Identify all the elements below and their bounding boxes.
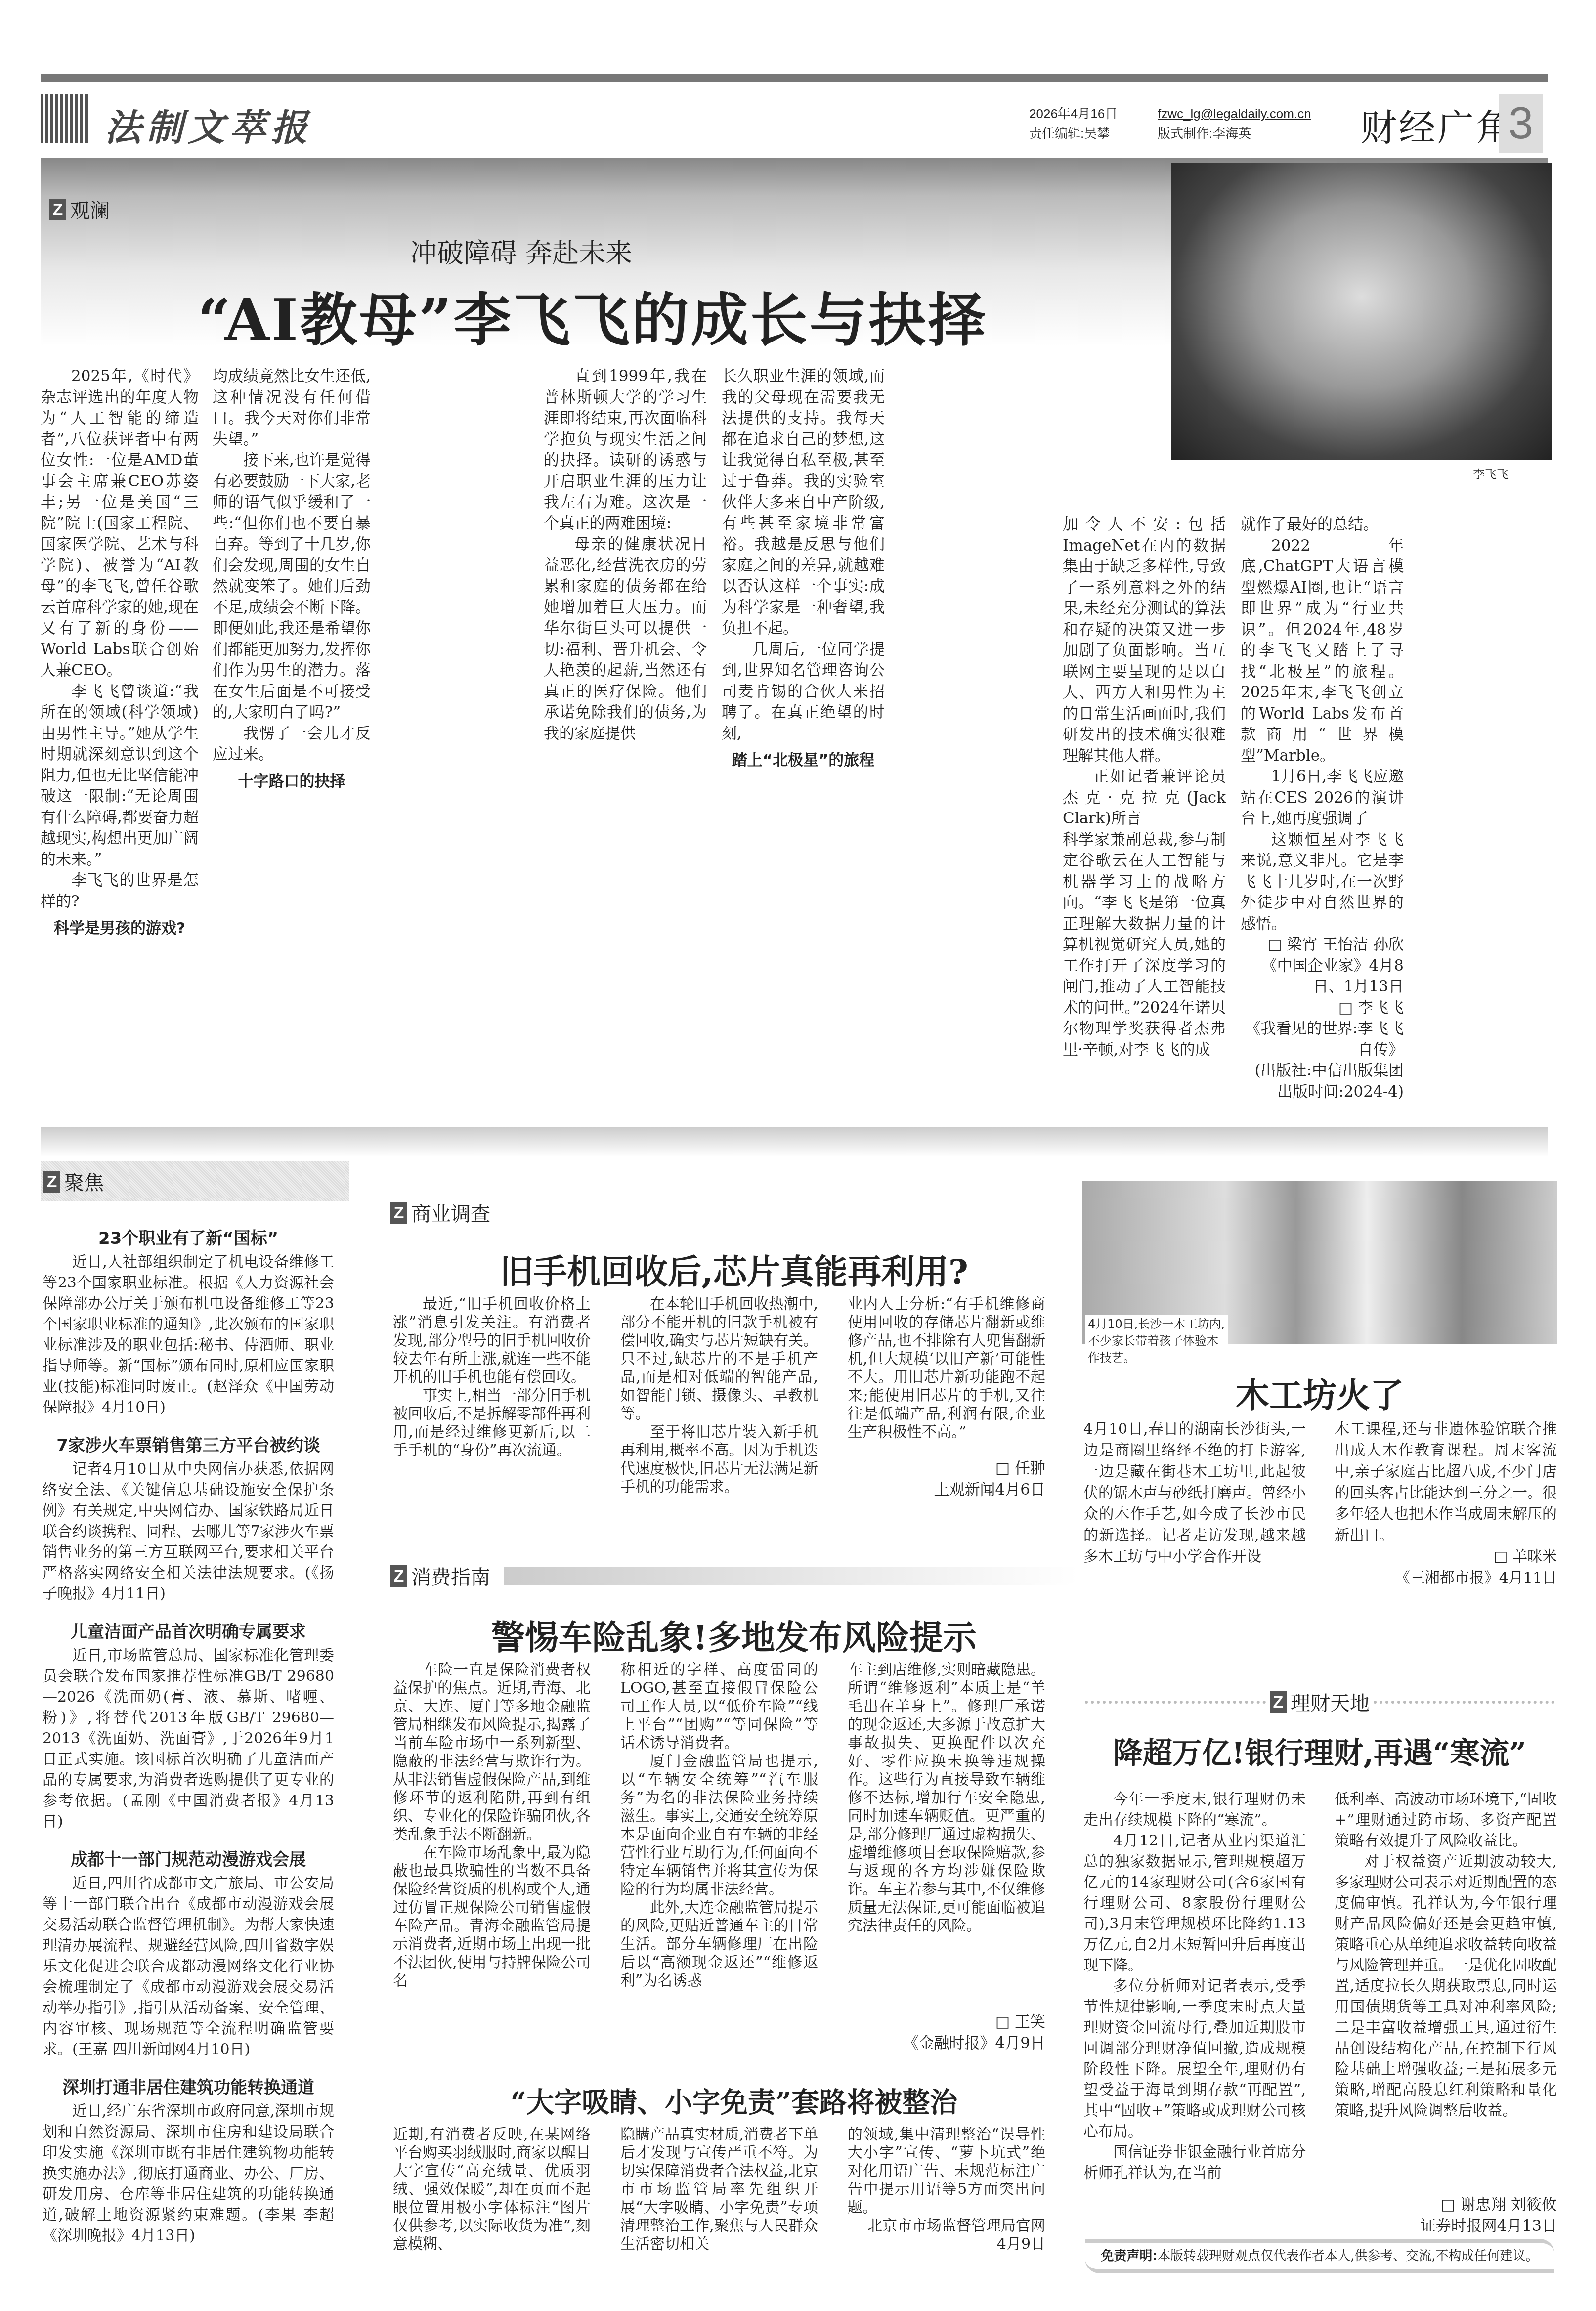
section-label-business: Z 商业调查: [390, 1198, 490, 1227]
feature-col-3: 直到1999年,我在普林斯顿大学的学习生涯即将结束,再次面临科学抱负与现实生活之…: [544, 366, 707, 744]
subhead: 踏上“北极星”的旅程: [722, 750, 885, 771]
business-col-1: 最近,“旧手机回收价格上涨”消息引发关注。有消费者发现,部分型号的旧手机回收价较…: [393, 1295, 591, 1459]
consumer-col-1: 车险一直是保险消费者权益保护的焦点。近期,青海、北京、大连、厦门等多地金融监管局…: [393, 1661, 591, 1990]
brief-body: 近日,四川省成都市文广旅局、市公安局等十一部门联合出台《成都市动漫游戏会展交易活…: [43, 1873, 334, 2060]
z-section-icon: Z: [43, 1171, 60, 1193]
subhead: 十字路口的抉择: [213, 771, 371, 792]
business-col-2: 在本轮旧手机回收热潮中,部分不能开机的旧款手机被有偿回收,确实与芯片短缺有关。只…: [620, 1295, 818, 1496]
woodshop-col-1: 4月10日,春日的湖南长沙街头,一边是商圈里络绎不绝的打卡游客,一边是藏在街巷木…: [1083, 1418, 1306, 1567]
brief-title: 深圳打通非居住建筑功能转换通道: [43, 2074, 334, 2098]
section-title: 财经广角: [1360, 99, 1514, 151]
business-title: 旧手机回收后,芯片真能再利用?: [390, 1245, 1078, 1293]
section-divider: [41, 1127, 1548, 1156]
finance-col-2: 低利率、高波动市场环境下,“固收+”理财通过跨市场、多资产配置策略有效提升了风险…: [1335, 1789, 1557, 2121]
ads-col-3: 的领域,集中清理整治“误导性大小字”宣传、“萝卜坑式”绝对化用语广告、未规范标注…: [848, 2125, 1045, 2253]
ads-title: “大字吸睛、小字免责”套路将被整治: [390, 2081, 1078, 2120]
ads-col-2: 隐瞒产品真实材质,消费者下单后才发现与宣传严重不符。为切实保障消费者合法权益,北…: [620, 2125, 818, 2253]
woodshop-col-2: 木工课程,还与非遗体验馆联合推出成人木作教育课程。周末客流中,亲子家庭占比超八成…: [1335, 1418, 1557, 1588]
top-rule: [41, 74, 1548, 82]
focus-briefs: 23个职业有了新“国标” 近日,人社部组织制定了机电设备维修工等23个国家职业标…: [43, 1211, 334, 2246]
section-label-consumer: Z 消费指南: [390, 1562, 1078, 1590]
feature-col-6: 就作了最好的总结。 2022年底,ChatGPT大语言模型燃爆AI圈,也让“语言…: [1241, 514, 1404, 1102]
consumer-title: 警惕车险乱象!多地发布风险提示: [390, 1611, 1078, 1659]
consumer-credits: □ 王笑 《金融时报》4月9日: [848, 2011, 1045, 2054]
section-label-focus: Z 聚焦: [43, 1167, 104, 1196]
email-link[interactable]: fzwc_lg@legaldaily.com.cn: [1158, 104, 1311, 124]
disclaimer-label: 免责声明:: [1101, 2249, 1158, 2264]
byline: □ 梁宵 王怡洁 孙欣: [1241, 934, 1404, 955]
section-label-guanlan: Z 观澜: [49, 195, 110, 223]
byline: □ 李飞飞: [1241, 997, 1404, 1019]
dotted-rule: [1374, 1701, 1554, 1704]
finance-col-1: 今年一季度末,银行理财仍未走出存续规模下降的“寒流”。4月12日,记者从业内渠道…: [1083, 1789, 1306, 2183]
section-label-finance: Z 理财天地: [1085, 1688, 1554, 1716]
brief-body: 近日,经广东省深圳市政府同意,深圳市规划和自然资源局、深圳市住房和建设局联合印发…: [43, 2101, 334, 2246]
dotted-rule: [1085, 1701, 1266, 1704]
business-col-3: 业内人士分析:“有手机维修商使用回收的存储芯片翻新或维修产品,也不排除有人兜售翻…: [848, 1295, 1045, 1441]
brief-title: 23个职业有了新“国标”: [43, 1225, 334, 1249]
disclaimer-box: 免责声明:本版转载理财观点仅代表作者本人,供参考、交流,不构成任何建议。: [1085, 2239, 1554, 2273]
portrait-photo: [1171, 163, 1552, 460]
portrait-caption: 李飞飞: [1473, 465, 1509, 482]
woodshop-title: 木工坊火了: [1082, 1369, 1557, 1417]
brief-body: 近日,市场监管总局、国家标准化管理委员会联合发布国家推荐性标准GB/T 2968…: [43, 1645, 334, 1832]
feature-title: “AI教母”李飞飞的成长与抉择: [198, 274, 988, 357]
feature-col-1: 2025年,《时代》杂志评选出的年度人物为“人工智能的缔造者”,八位获评者中有两…: [41, 366, 199, 945]
issue-date: 2026年4月16日: [1029, 104, 1118, 124]
contact-meta: fzwc_lg@legaldaily.com.cn 版式制作:李海英: [1158, 104, 1311, 143]
pub-date: 出版时间:2024-4): [1241, 1081, 1404, 1103]
feature-col-5: 加令人不安:包括ImageNet在内的数据集由于缺乏多样性,导致了一系列意料之外…: [1063, 514, 1226, 1060]
ads-col-1: 近期,有消费者反映,在某网络平台购买羽绒服时,商家以醒目大字宣传“高充绒量、优质…: [393, 2125, 591, 2253]
finance-title: 降超万亿!银行理财,再遇“寒流”: [1082, 1730, 1557, 1772]
z-section-icon: Z: [390, 1565, 407, 1587]
brief-title: 成都十一部门规范动漫游戏会展: [43, 1846, 334, 1870]
issue-meta: 2026年4月16日 责任编辑:吴攀: [1029, 104, 1118, 143]
brief-body: 记者4月10日从中央网信办获悉,依据网络安全法、《关键信息基础设施安全保护条例》…: [43, 1459, 334, 1604]
consumer-col-3: 车主到店维修,实则暗藏隐患。所谓“维修返利”本质上是“羊毛出在羊身上”。修理厂承…: [848, 1661, 1045, 1935]
z-section-icon: Z: [49, 199, 66, 220]
section-gradient-bar: [504, 1567, 1078, 1585]
masthead: 法制文萃报 2026年4月16日 责任编辑:吴攀 fzwc_lg@legalda…: [41, 94, 1548, 148]
disclaimer-text: 本版转载理财观点仅代表作者本人,供参考、交流,不构成任何建议。: [1158, 2249, 1539, 2264]
brief-title: 儿童洁面产品首次明确专属要求: [43, 1618, 334, 1642]
source: 《中国企业家》4月8日、1月13日: [1241, 955, 1404, 997]
feature-col-4: 长久职业生涯的领域,而我的父母现在需要我无法提供的支持。我每天都在追求自己的梦想…: [722, 366, 885, 777]
consumer-col-2: 称相近的字样、高度雷同的LOGO,甚至直接假冒保险公司工作人员,以“低价车险”“…: [620, 1661, 818, 1990]
subhead: 科学是男孩的游戏?: [41, 918, 199, 939]
z-section-icon: Z: [390, 1202, 407, 1224]
publisher: (出版社:中信出版集团: [1241, 1060, 1404, 1081]
brief-title: 7家涉火车票销售第三方平台被约谈: [43, 1432, 334, 1456]
business-credits: □ 任翀 上观新闻4月6日: [848, 1458, 1045, 1500]
qr-code-icon: [41, 94, 90, 143]
finance-credits: □ 谢忠翔 刘筱攸 证券时报网4月13日: [1335, 2194, 1557, 2236]
editor-credit: 责任编辑:吴攀: [1029, 124, 1118, 143]
woodshop-photo-caption: 4月10日,长沙一木工坊内,不少家长带着孩子体验木作技艺。: [1085, 1315, 1228, 1367]
z-section-icon: Z: [1270, 1691, 1287, 1713]
brief-body: 近日,人社部组织制定了机电设备维修工等23个国家职业标准。根据《人力资源社会保障…: [43, 1252, 334, 1418]
source: 《我看见的世界:李飞飞自传》: [1241, 1018, 1404, 1060]
layout-credit: 版式制作:李海英: [1158, 124, 1311, 143]
page-number: 3: [1499, 94, 1543, 153]
paper-logo: 法制文萃报: [105, 99, 312, 151]
feature-subtitle: 冲破障碍 奔赴未来: [410, 232, 632, 270]
feature-col-2: 均成绩竟然比女生还低,这种情况没有任何借口。我今天对你们非常失望。” 接下来,也…: [213, 366, 371, 798]
